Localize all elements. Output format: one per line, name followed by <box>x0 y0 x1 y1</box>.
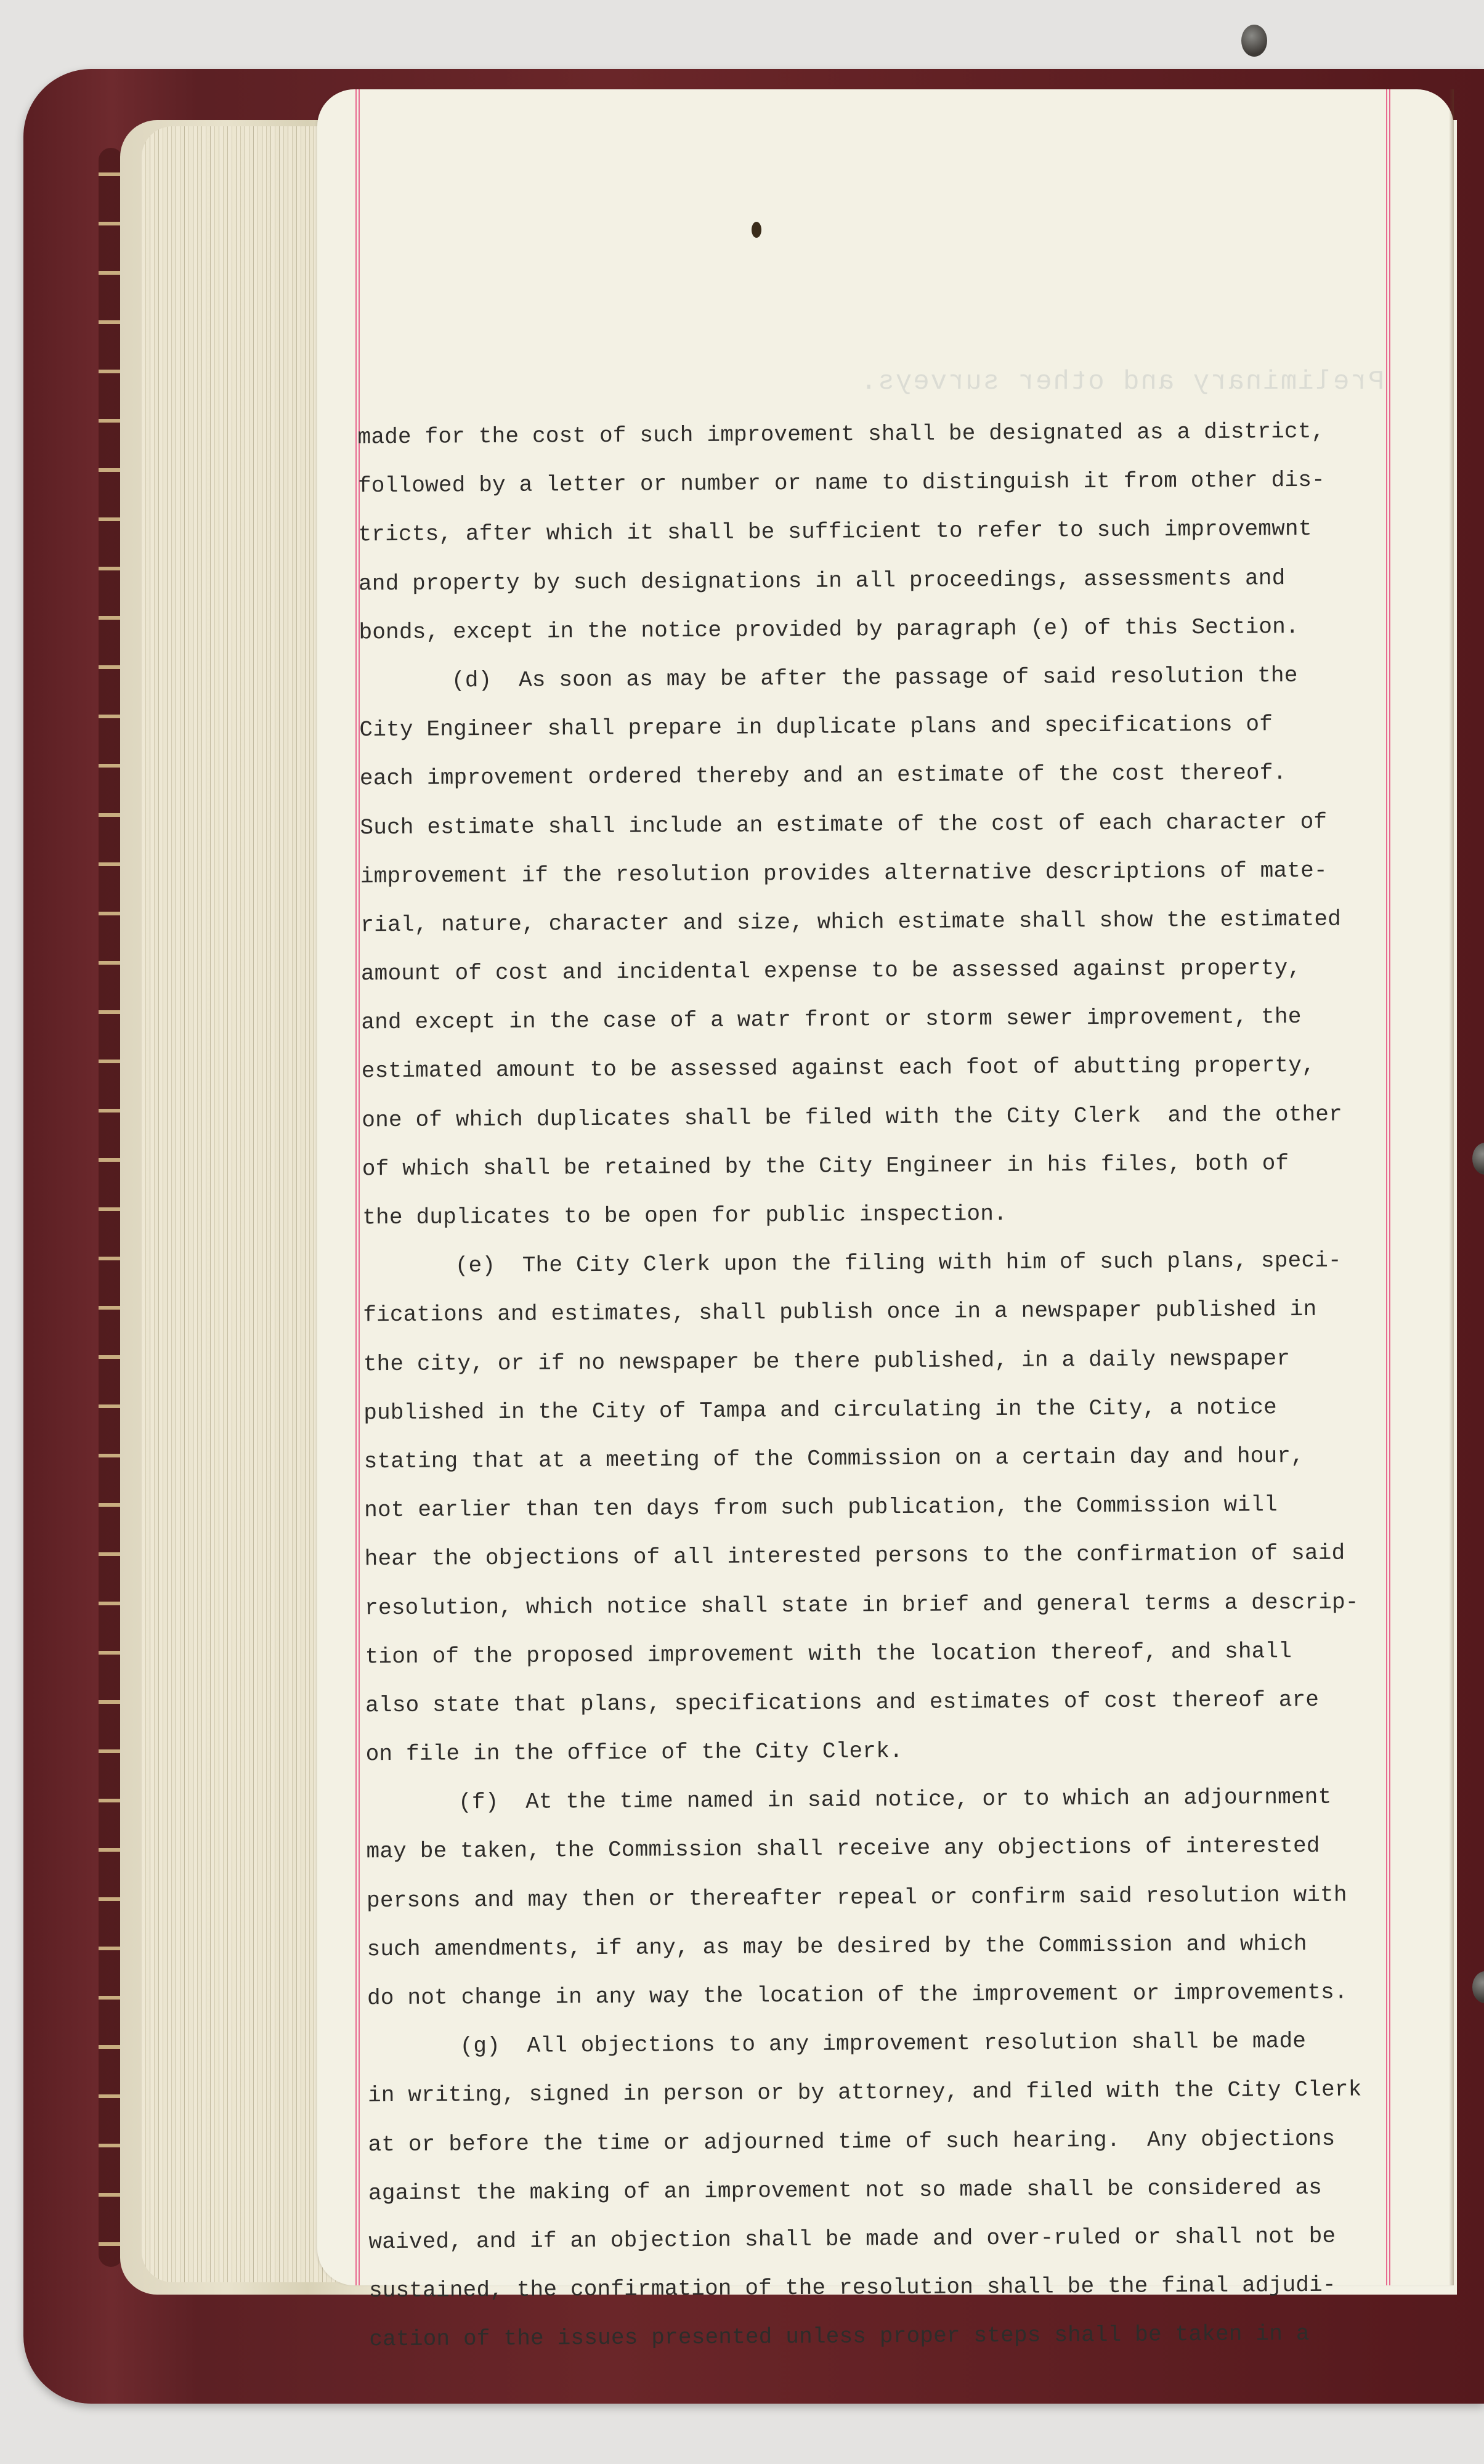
text-line: one of which duplicates shall be filed w… <box>362 1089 1433 1145</box>
paragraph-e-start: (e) The City Clerk upon the filing with … <box>363 1236 1435 1291</box>
ink-spot <box>752 222 761 238</box>
text-line: tion of the proposed improvement with th… <box>365 1626 1437 1681</box>
book-headband <box>99 148 123 2267</box>
text-line: published in the City of Tampa and circu… <box>363 1382 1435 1437</box>
paragraph-g-start: (g) All objections to any improvement re… <box>367 2016 1439 2072</box>
text-line: followed by a letter or number or name t… <box>358 455 1430 511</box>
text-line: each improvement ordered thereby and an … <box>360 748 1432 803</box>
text-line: City Engineer shall prepare in duplicate… <box>359 699 1431 755</box>
ledger-page: Preliminary and other surveys. made for … <box>317 89 1454 2285</box>
text-line: may be taken, the Commission shall recei… <box>366 1821 1438 1876</box>
stacked-page-edges <box>142 126 345 2282</box>
text-line: sustained, the confirmation of the resol… <box>369 2260 1441 2316</box>
text-line: persons and may then or thereafter repea… <box>367 1870 1438 1925</box>
text-line: and except in the case of a watr front o… <box>361 992 1433 1047</box>
clasp-top <box>1241 25 1267 57</box>
text-line: bonds, except in the notice provided by … <box>359 601 1430 657</box>
text-line: fications and estimates, shall publish o… <box>363 1284 1435 1340</box>
text-line: at or before the time or adjourned time … <box>368 2113 1440 2169</box>
text-line: tricts, after which it shall be sufficie… <box>358 504 1430 559</box>
text-line: and property by such designations in all… <box>359 553 1430 608</box>
text-line: do not change in any way the location of… <box>367 1968 1439 2023</box>
text-line: also state that plans, specifications an… <box>365 1675 1437 1730</box>
text-line: cation of the issues presented unless pr… <box>369 2309 1441 2364</box>
paragraph-d-start: (d) As soon as may be after the passage … <box>359 650 1431 706</box>
text-line: not earlier than ten days from such publ… <box>364 1480 1436 1535</box>
text-line: Such estimate shall include an estimate … <box>360 796 1432 852</box>
text-line: the duplicates to be open for public ins… <box>362 1187 1434 1242</box>
text-line: stating that at a meeting of the Commiss… <box>363 1431 1435 1486</box>
bleed-through-text: Preliminary and other surveys. <box>859 367 1384 397</box>
text-line: improvement if the resolution provides a… <box>360 845 1432 901</box>
text-line: resolution, which notice shall state in … <box>365 1577 1437 1632</box>
text-line: against the making of an improvement not… <box>368 2162 1440 2218</box>
text-line: estimated amount to be assessed against … <box>362 1040 1433 1096</box>
text-line: hear the objections of all interested pe… <box>364 1528 1436 1584</box>
text-line: on file in the office of the City Clerk. <box>365 1724 1437 1779</box>
text-line: the city, or if no newspaper be there pu… <box>363 1333 1435 1388</box>
typed-text-body: made for the cost of such improvement sh… <box>357 407 1441 2364</box>
page-curl-shadow <box>1449 89 1454 2285</box>
text-line: waived, and if an objection shall be mad… <box>368 2211 1440 2267</box>
text-line: of which shall be retained by the City E… <box>362 1138 1434 1194</box>
text-line: made for the cost of such improvement sh… <box>357 407 1429 462</box>
paragraph-f-start: (f) At the time named in said notice, or… <box>366 1772 1438 1828</box>
text-line: in writing, signed in person or by attor… <box>368 2065 1440 2120</box>
text-line: amount of cost and incidental expense to… <box>361 943 1433 999</box>
text-line: rial, nature, character and size, which … <box>360 894 1432 950</box>
text-line: such amendments, if any, as may be desir… <box>367 1918 1438 1974</box>
